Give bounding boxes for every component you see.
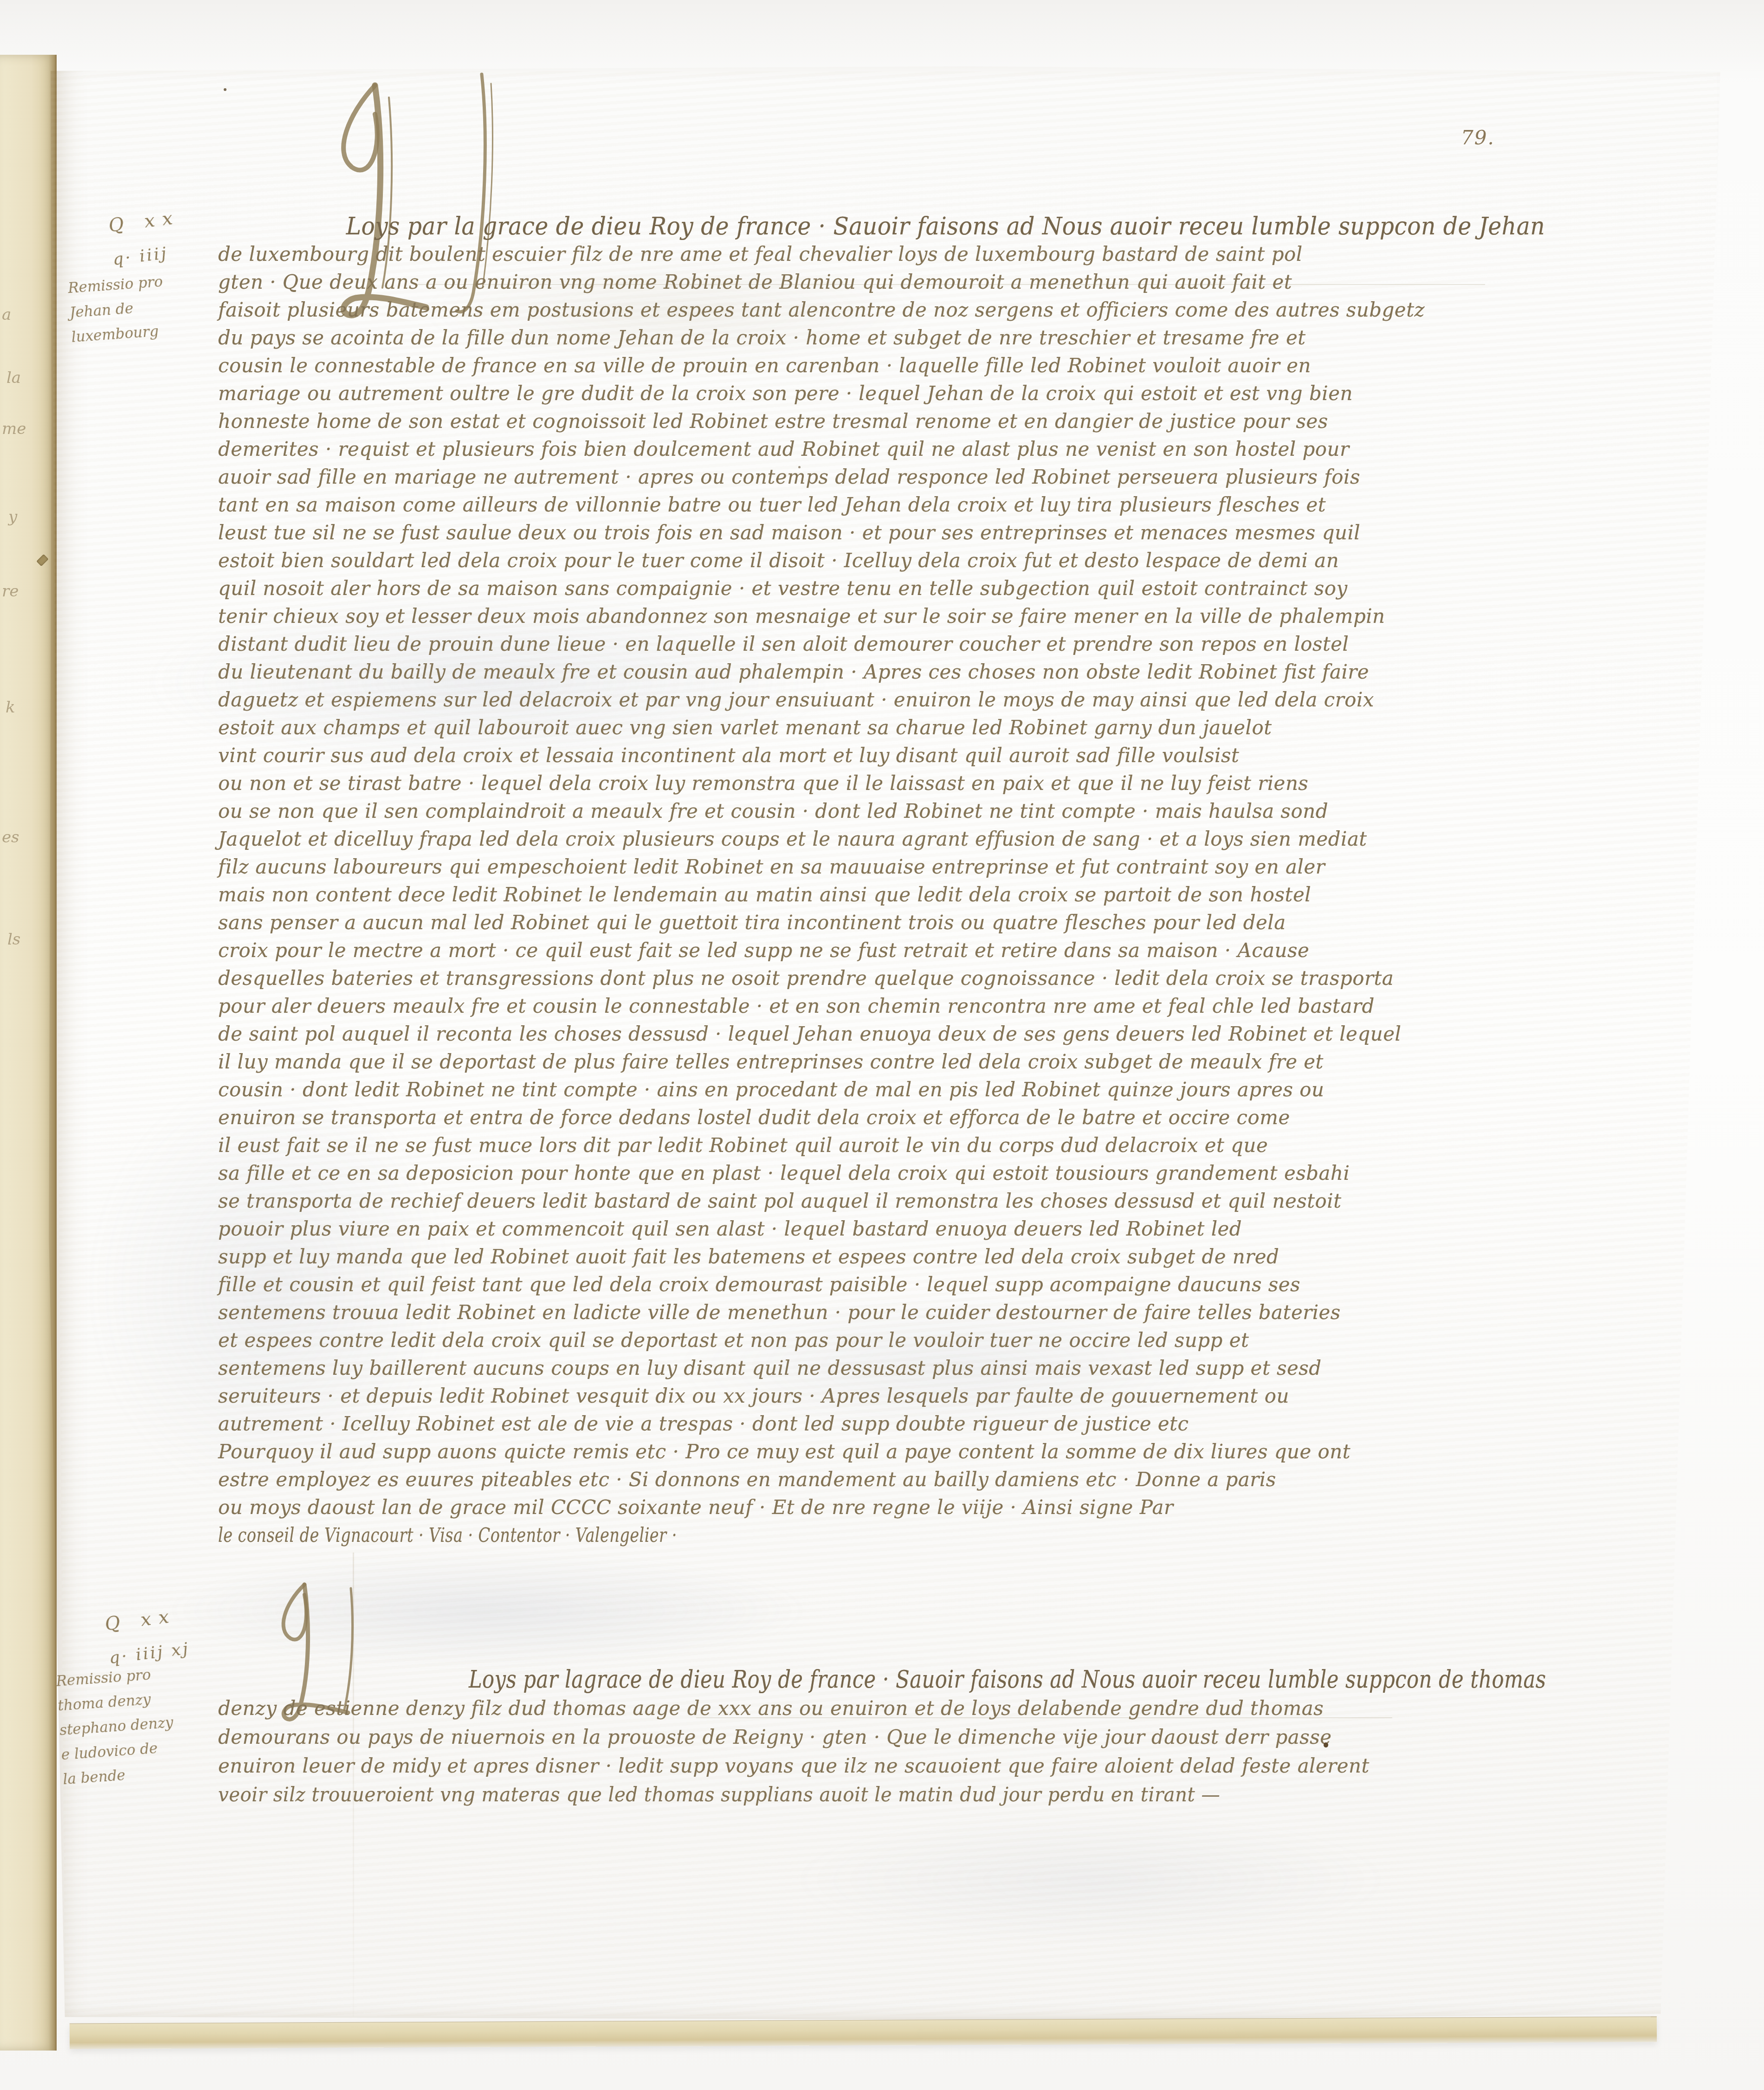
manuscript-text-line: fille et cousin et quil feist tant que l…: [218, 1271, 1545, 1299]
manuscript-text-line: faisoit plusieurs batemens em postusions…: [218, 296, 1545, 324]
manuscript-text-line: et espees contre ledit dela croix quil s…: [218, 1326, 1545, 1354]
manuscript-text-line: enuiron leuer de midy et apres disner · …: [218, 1752, 1545, 1780]
manuscript-text-line: du pays se acointa de la fille dun nome …: [218, 324, 1545, 352]
manuscript-text-line: le conseil de Vignacourt · Visa · Conten…: [218, 1521, 1283, 1549]
ink-speck: [798, 466, 801, 468]
edge-text-fragment: me: [2, 420, 39, 438]
manuscript-text-line: Jaquelot et dicelluy frapa led dela croi…: [218, 825, 1545, 853]
manuscript-text-line: tenir chieux soy et lesser deux mois aba…: [218, 602, 1545, 630]
previous-folio-text-fragments: alameyrekesls: [2, 305, 39, 949]
manuscript-text-line: demourans ou pays de niuernois en la pro…: [218, 1723, 1545, 1752]
manuscript-text-line: croix pour le mectre a mort · ce quil eu…: [218, 937, 1545, 964]
manuscript-text-line: leust tue sil ne se fust saulue deux ou …: [218, 519, 1545, 547]
manuscript-text-line: sentemens trouua ledit Robinet en ladict…: [218, 1299, 1545, 1326]
manuscript-text-line: supp et luy manda que led Robinet auoit …: [218, 1243, 1545, 1271]
manuscript-text-line: de luxembourg dit boulent escuier filz d…: [218, 240, 1545, 268]
manuscript-text-line: enuiron se transporta et entra de force …: [218, 1104, 1545, 1132]
manuscript-text-line: du lieutenant du bailly de meaulx fre et…: [218, 658, 1545, 686]
manuscript-text-line: il luy manda que il se deportast de plus…: [218, 1048, 1545, 1076]
stacked-page-edges: [70, 2017, 1657, 2049]
manuscript-text-line: de saint pol auquel il reconta les chose…: [218, 1020, 1545, 1048]
manuscript-text-line: vint courir sus aud dela croix et lessai…: [218, 742, 1545, 770]
manuscript-text-line: cousin · dont ledit Robinet ne tint comp…: [218, 1076, 1545, 1104]
ink-speck: [1324, 1742, 1328, 1747]
manuscript-text-line: estoit aux champs et quil labouroit auec…: [218, 714, 1545, 742]
ink-speck: [224, 88, 226, 91]
manuscript-text-line: mais non content dece ledit Robinet le l…: [218, 881, 1545, 909]
manuscript-text-line: gten · Que deux ans a ou enuiron vng nom…: [218, 268, 1545, 296]
manuscript-text-line: daguetz et espiemens sur led delacroix e…: [218, 686, 1545, 714]
manuscript-text-line: honneste home de son estat et cognoissoi…: [218, 408, 1545, 435]
manuscript-text-line: sentemens luy baillerent aucuns coups en…: [218, 1354, 1545, 1382]
manuscript-text-line: sans penser a aucun mal led Robinet qui …: [218, 909, 1545, 937]
manuscript-text-line: distant dudit lieu de prouin dune lieue …: [218, 630, 1545, 658]
manuscript-text-line: quil nosoit aler hors de sa maison sans …: [218, 575, 1545, 602]
manuscript-text-line: ou non et se tirast batre · lequel dela …: [218, 770, 1545, 797]
act1-index-mark: Q xx q· iiij: [107, 200, 187, 277]
manuscript-text-line: desquelles bateries et transgressions do…: [218, 964, 1545, 992]
manuscript-text-line: sa fille et ce en sa deposicion pour hon…: [218, 1159, 1545, 1187]
manuscript-text-line: se transporta de rechief deuers ledit ba…: [218, 1187, 1545, 1215]
manuscript-text-line: il eust fait se il ne se fust muce lors …: [218, 1132, 1545, 1159]
manuscript-text-line: pouoir plus viure en paix et commencoit …: [218, 1215, 1545, 1243]
manuscript-text-line: autrement · Icelluy Robinet est ale de v…: [218, 1410, 1545, 1438]
manuscript-text-line: auoir sad fille en mariage ne autrement …: [218, 463, 1545, 491]
previous-folio-edge: alameyrekesls: [0, 55, 57, 2051]
manuscript-text-line: tant en sa maison come ailleurs de villo…: [218, 491, 1545, 519]
act1-text-block: Loys par la grace de dieu Roy de france …: [218, 213, 1549, 1549]
manuscript-text-line: filz aucuns laboureurs qui empeschoient …: [218, 853, 1545, 881]
edge-text-fragment: k: [6, 698, 39, 717]
manuscript-text-line: estre employez es euures piteables etc ·…: [218, 1466, 1545, 1494]
edge-text-fragment: y: [8, 508, 39, 526]
manuscript-text-line: seruiteurs · et depuis ledit Robinet ves…: [218, 1382, 1545, 1410]
manuscript-text-line: Loys par la grace de dieu Roy de france …: [218, 213, 1441, 240]
manuscript-text-line: ou moys daoust lan de grace mil CCCC soi…: [218, 1494, 1545, 1521]
act2-margin-note: Remissio prothoma denzystephano denzye l…: [55, 1662, 177, 1792]
manuscript-photo: { "page": { "folio_number": "79.", "colo…: [0, 0, 1764, 2090]
manuscript-text-line: cousin le connestable de france en sa vi…: [218, 352, 1545, 380]
folio-number: 79.: [1461, 126, 1495, 149]
edge-text-fragment: la: [6, 369, 39, 387]
manuscript-text-line: pour aler deuers meaulx fre et cousin le…: [218, 992, 1545, 1020]
manuscript-text-line: Loys par lagrace de dieu Roy de france ·…: [218, 1665, 1307, 1694]
edge-text-fragment: re: [2, 582, 39, 601]
act2-text-block: Loys par lagrace de dieu Roy de france ·…: [218, 1665, 1549, 1809]
manuscript-text-line: estoit bien souldart led dela croix pour…: [218, 547, 1545, 575]
manuscript-text-line: veoir silz trouueroient vng materas que …: [218, 1780, 1494, 1809]
manuscript-text-line: denzy de estienne denzy filz dud thomas …: [218, 1694, 1545, 1723]
manuscript-text-line: demerites · requist et plusieurs fois bi…: [218, 435, 1545, 463]
edge-text-fragment: es: [2, 828, 39, 847]
manuscript-text-line: Pourquoy il aud supp auons quicte remis …: [218, 1438, 1545, 1466]
edge-text-fragment: ls: [7, 930, 39, 949]
edge-text-fragment: a: [2, 305, 39, 324]
manuscript-text-line: mariage ou autrement oultre le gre dudit…: [218, 380, 1545, 408]
manuscript-text-line: ou se non que il sen complaindroit a mea…: [218, 797, 1545, 825]
act1-margin-note: Remissio proJehan deluxembourg: [67, 270, 167, 350]
